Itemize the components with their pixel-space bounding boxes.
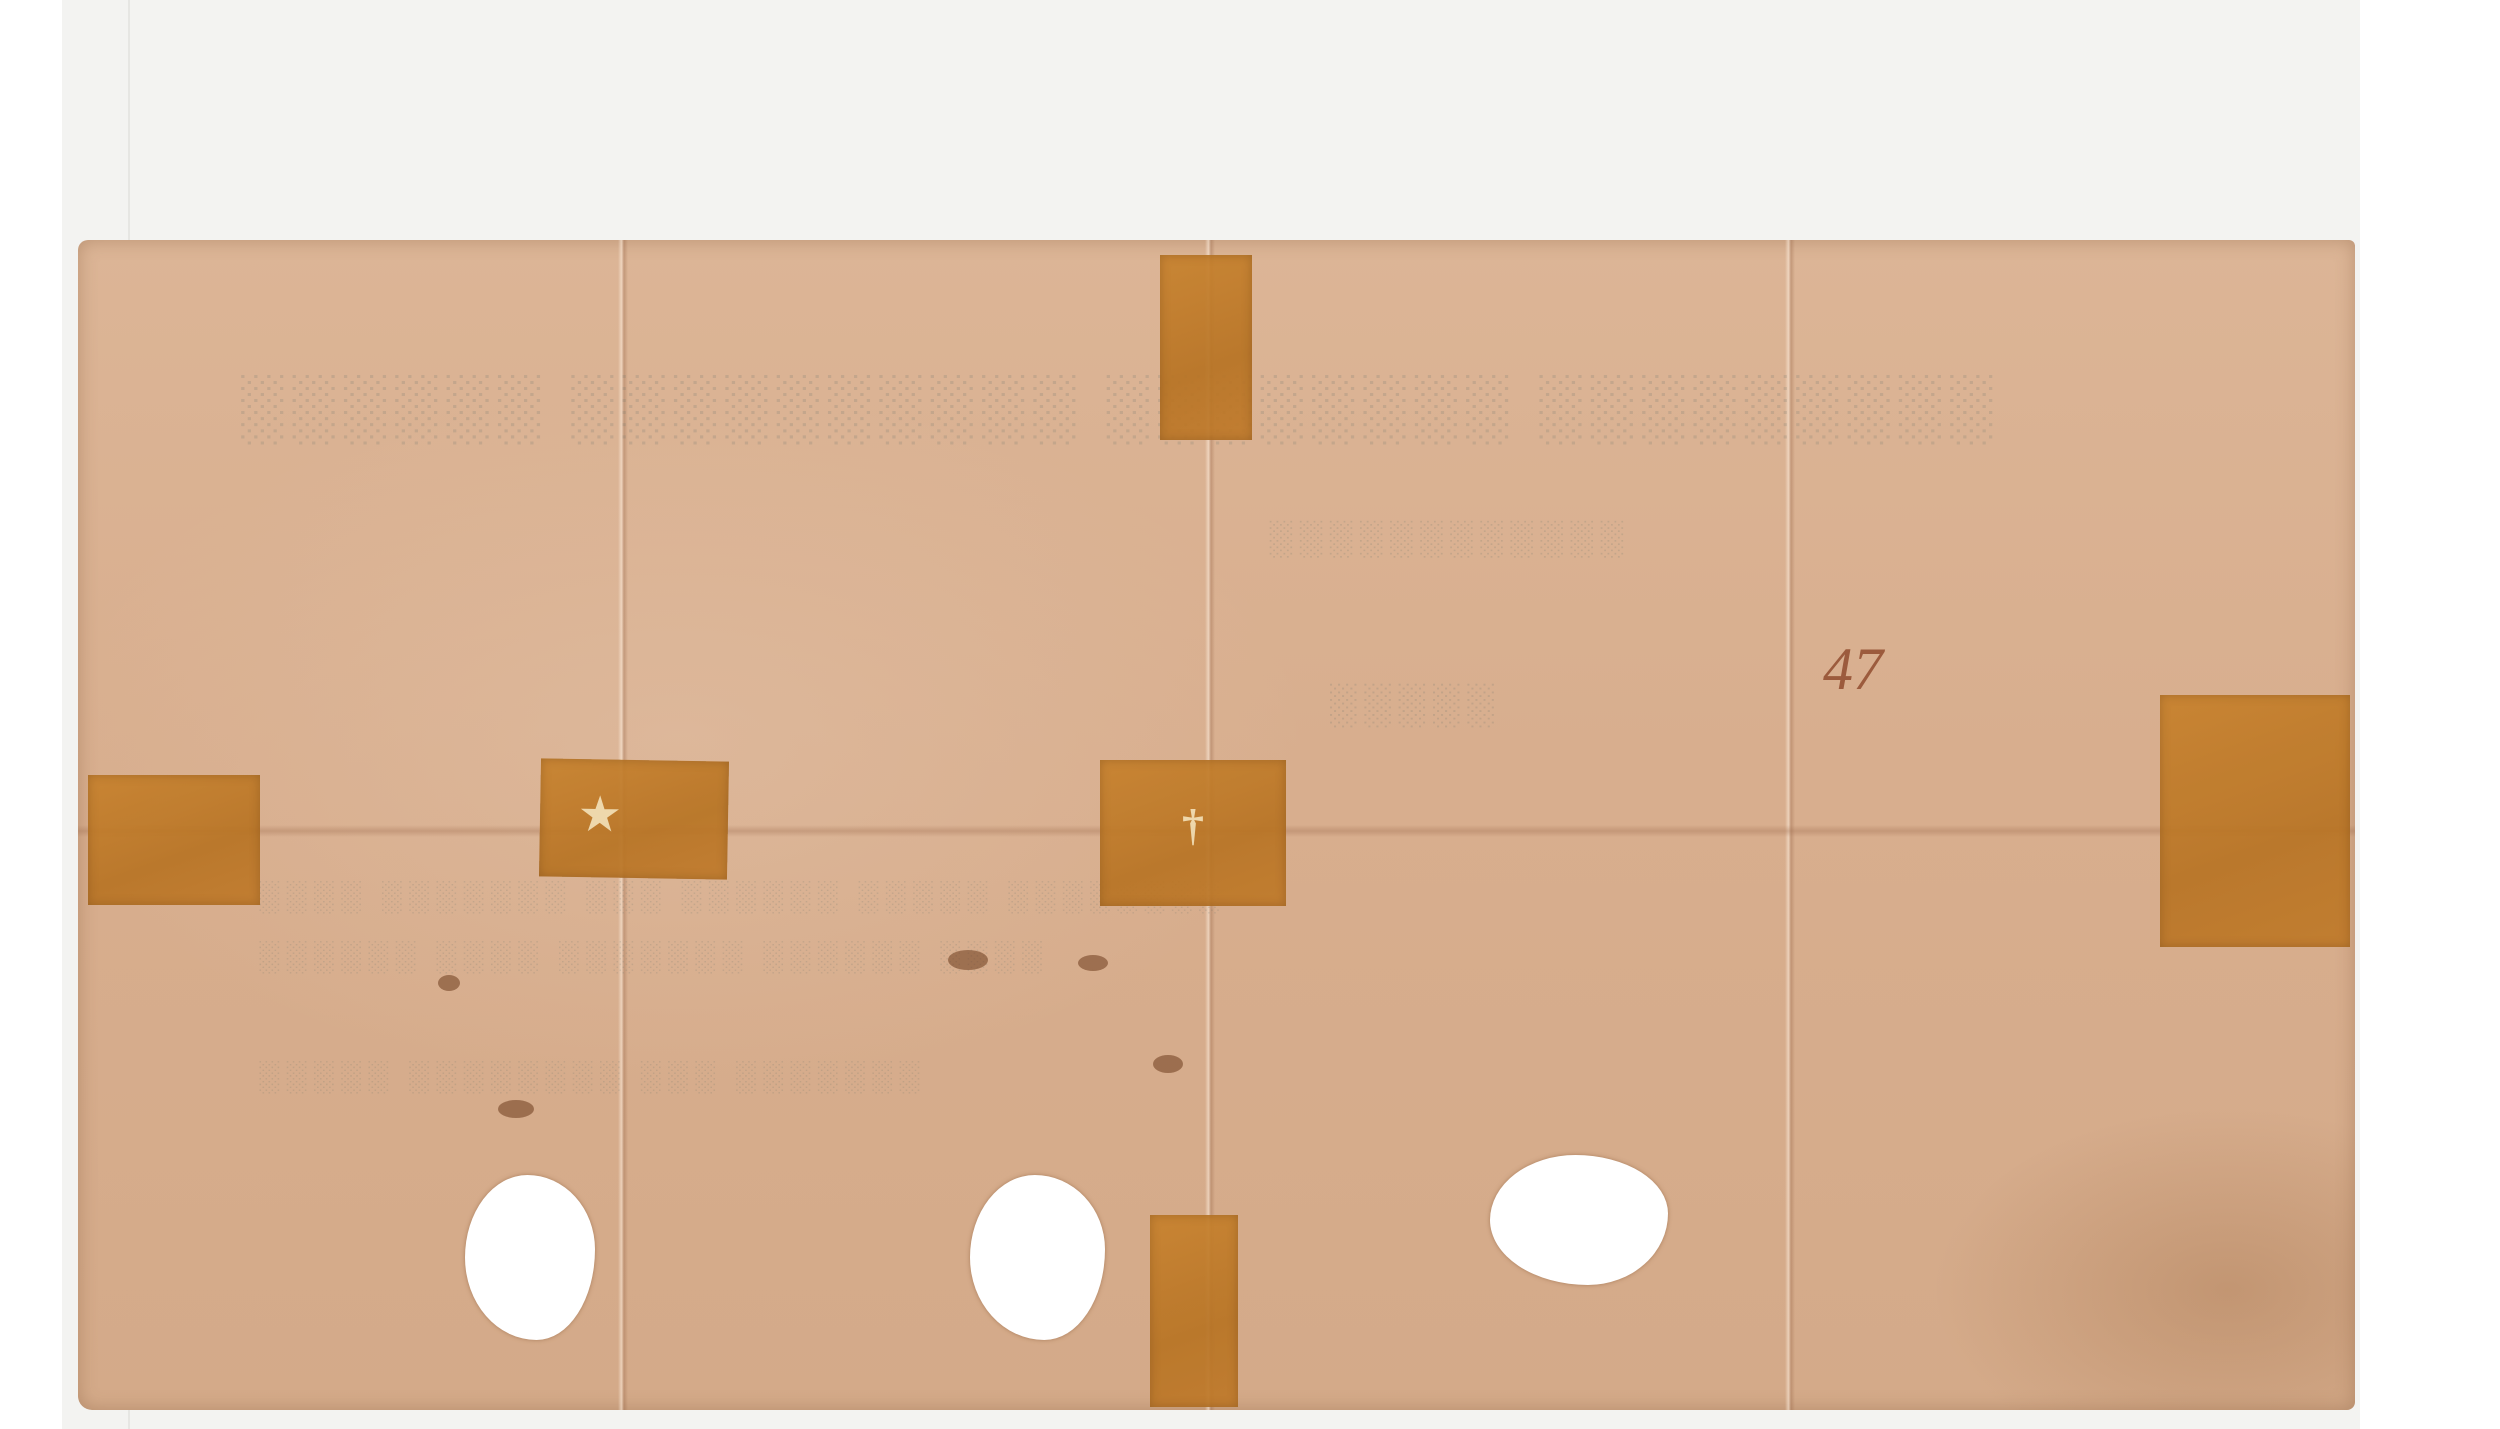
tape-left-center: ★ [539,758,729,879]
tape-left [88,775,260,905]
tape-mark: † [1182,800,1204,851]
stain-spot [1153,1055,1183,1073]
body-bleed-line-1: ░░░░ ░░░░░░░ ░░░ ░░░░░░ ░░░░░ ░░░░░░░░ [258,880,1225,914]
stain-spot [498,1100,534,1118]
tape-top-center [1160,255,1252,440]
subheader-bleed-text: ░░░░░░░░░░░░ [1268,520,1629,558]
punched-hole-2 [970,1175,1105,1340]
tape-mark: ★ [580,789,620,841]
stain-spot [1078,955,1108,971]
stain-spot [438,975,460,991]
tape-bottom-center [1150,1215,1238,1407]
tape-center: † [1100,760,1286,906]
stain-spot [948,950,988,970]
tape-right [2160,695,2350,947]
handwritten-mark: 47 [1823,635,1883,704]
header-bleed-text: ░░░░░░ ░░░░░░░░░░ ░░░░░░░░ ░░░░░░░░░ [238,370,1998,444]
serial-number-bleed-text: ░░░░░ [1328,680,1500,727]
punched-hole-1 [465,1175,595,1340]
body-bleed-line-3: ░░░░░ ░░░░░░░░ ░░░ ░░░░░░░ [258,1060,925,1094]
body-bleed-line-2: ░░░░░░ ░░░░ ░░░░░░░ ░░░░░░ ░░░░ [258,940,1048,974]
